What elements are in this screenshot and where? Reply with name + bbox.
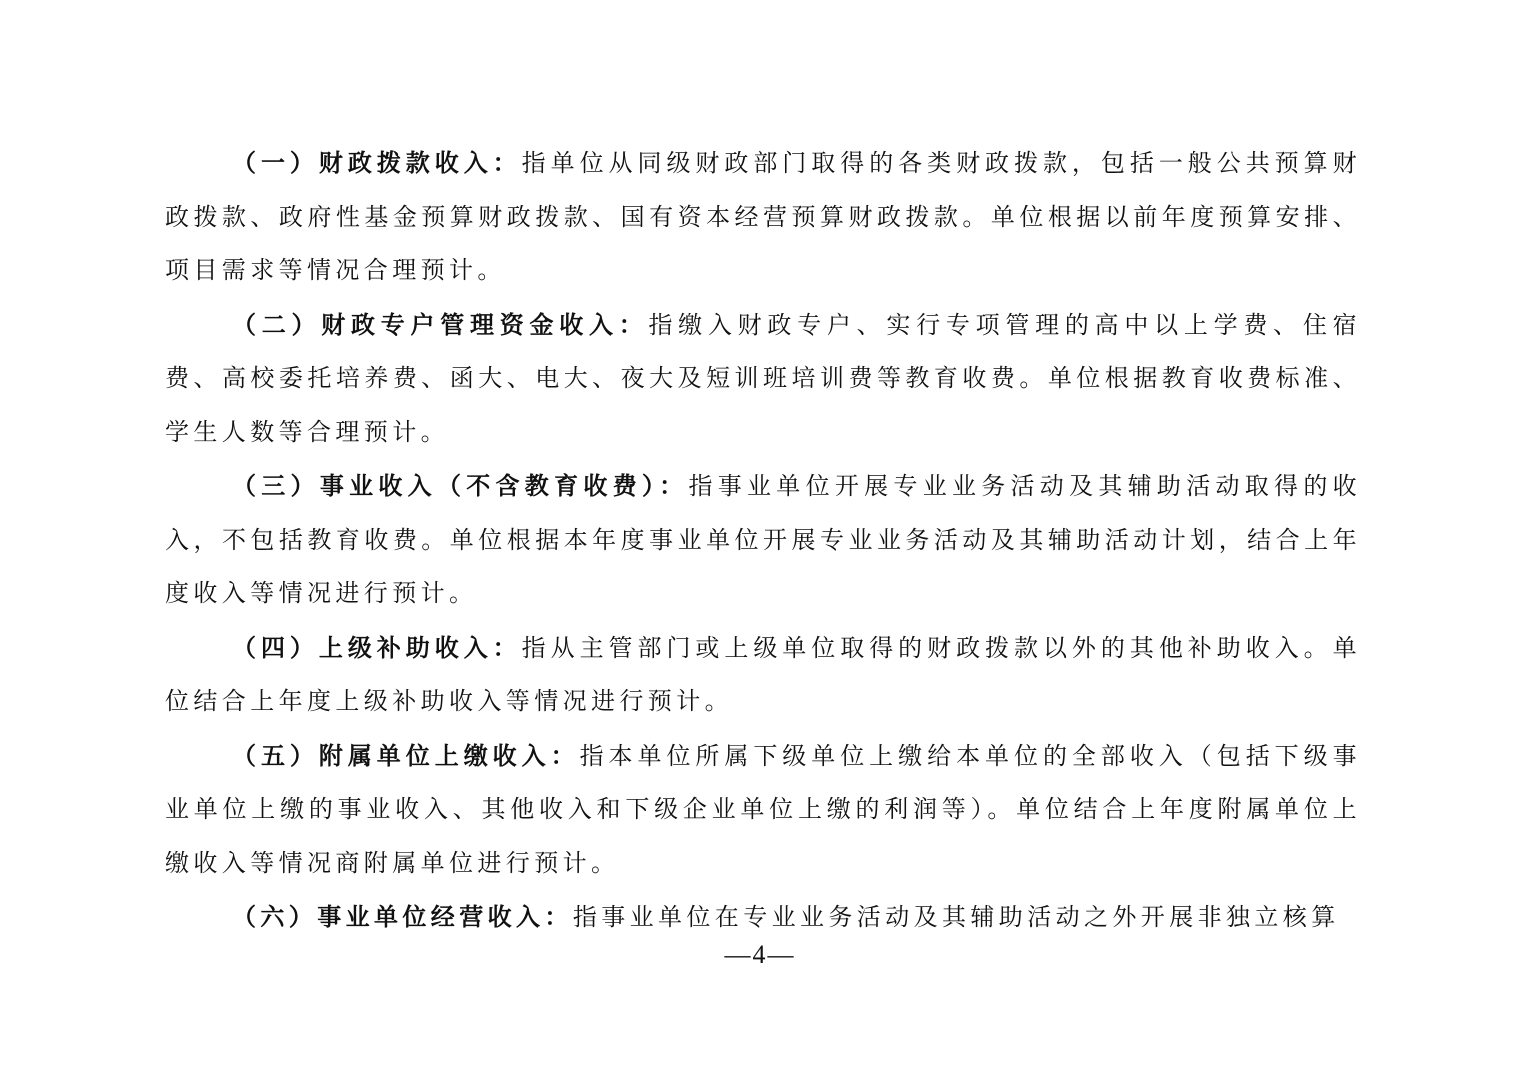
paragraph-heading: （三）事业收入（不含教育收费）： [232,471,688,500]
paragraph-fiscal-appropriation-income: （一）财政拨款收入：指单位从同级财政部门取得的各类财政拨款，包括一般公共预算财政… [165,136,1361,298]
paragraph-heading: （二）财政专户管理资金收入： [232,310,648,339]
paragraph-heading: （一）财政拨款收入： [232,148,522,177]
document-page: （一）财政拨款收入：指单位从同级财政部门取得的各类财政拨款，包括一般公共预算财政… [165,136,1361,945]
paragraph-heading: （五）附属单位上缴收入： [232,741,580,770]
paragraph-affiliated-unit-income: （五）附属单位上缴收入：指本单位所属下级单位上缴给本单位的全部收入（包括下级事业… [165,729,1361,891]
paragraph-heading: （六）事业单位经营收入： [232,902,573,931]
paragraph-superior-subsidy-income: （四）上级补助收入：指从主管部门或上级单位取得的财政拨款以外的其他补助收入。单位… [165,621,1361,729]
page-number: —4— [0,940,1520,970]
paragraph-heading: （四）上级补助收入： [232,633,522,662]
paragraph-special-account-income: （二）财政专户管理资金收入：指缴入财政专户、实行专项管理的高中以上学费、住宿费、… [165,298,1361,460]
paragraph-business-income: （三）事业收入（不含教育收费）：指事业单位开展专业业务活动及其辅助活动取得的收入… [165,459,1361,621]
paragraph-body: 指事业单位在专业业务活动及其辅助活动之外开展非独立核算 [573,903,1340,931]
paragraph-operating-income: （六）事业单位经营收入：指事业单位在专业业务活动及其辅助活动之外开展非独立核算 [165,890,1361,945]
